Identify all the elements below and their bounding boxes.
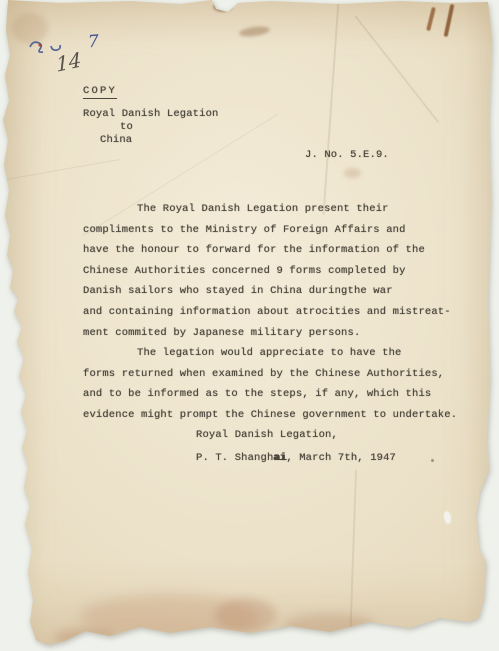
sender-block: Royal Danish Legation to China bbox=[83, 108, 218, 147]
paper-chip bbox=[443, 510, 452, 524]
sender-to: to bbox=[83, 121, 218, 134]
body-line: and to be informed as to the steps, if a… bbox=[83, 384, 457, 405]
crease-line bbox=[355, 16, 439, 123]
rust-mark bbox=[426, 7, 436, 31]
crease-line bbox=[349, 470, 357, 645]
dateline-pre: P. T. Shangh bbox=[196, 452, 273, 464]
stain bbox=[239, 25, 271, 38]
aged-paper-sheet: 7 14 COPY Royal Danish Legation to China… bbox=[0, 0, 499, 651]
sender-country: China bbox=[83, 134, 218, 147]
body-line: Danish sailors who stayed in China durin… bbox=[83, 281, 457, 302]
stain bbox=[213, 2, 232, 12]
body-line: forms returned when examined by the Chin… bbox=[83, 364, 457, 385]
letter-body: The Royal Danish Legation present their … bbox=[83, 199, 457, 426]
journal-reference: J. No. 5.E.9. bbox=[305, 149, 389, 161]
body-line: have the honour to forward for the infor… bbox=[83, 240, 457, 261]
closing-dateline: P. T. Shanghai, March 7th, 1947 bbox=[196, 447, 396, 470]
paper-shadow-wrap: 7 14 COPY Royal Danish Legation to China… bbox=[0, 0, 499, 651]
body-line: ment commited by Japanese military perso… bbox=[83, 323, 457, 344]
closing-signature: Royal Danish Legation, bbox=[196, 424, 396, 447]
handwritten-number-ink: 7 bbox=[87, 32, 99, 53]
stain bbox=[54, 628, 116, 646]
dateline-post: , March 7th, 1947 bbox=[286, 452, 396, 464]
dateline-overstrike: ai bbox=[273, 452, 286, 464]
rust-mark bbox=[444, 4, 455, 37]
stain bbox=[215, 598, 277, 632]
body-line: Chinese Authorities concerned 9 forms co… bbox=[83, 261, 457, 282]
closing-block: Royal Danish Legation, P. T. Shanghai, M… bbox=[196, 424, 396, 469]
stain bbox=[344, 168, 361, 178]
scanned-letter-page: 7 14 COPY Royal Danish Legation to China… bbox=[0, 0, 499, 651]
stain bbox=[283, 613, 375, 639]
body-line: The Royal Danish Legation present their bbox=[83, 199, 457, 220]
speck bbox=[431, 459, 434, 462]
handwritten-number-pencil: 14 bbox=[55, 47, 82, 76]
crease-line bbox=[1, 159, 119, 181]
stain bbox=[80, 594, 260, 640]
sender-name: Royal Danish Legation bbox=[83, 108, 218, 121]
body-line: The legation would appreciate to have th… bbox=[83, 343, 457, 364]
body-line: compliments to the Ministry of Foreign A… bbox=[83, 220, 457, 241]
body-line: evidence might prompt the Chinese govern… bbox=[83, 405, 457, 426]
crease-line bbox=[323, 0, 339, 215]
body-line: and containing information about atrocit… bbox=[83, 302, 457, 323]
copy-label: COPY bbox=[83, 85, 117, 99]
